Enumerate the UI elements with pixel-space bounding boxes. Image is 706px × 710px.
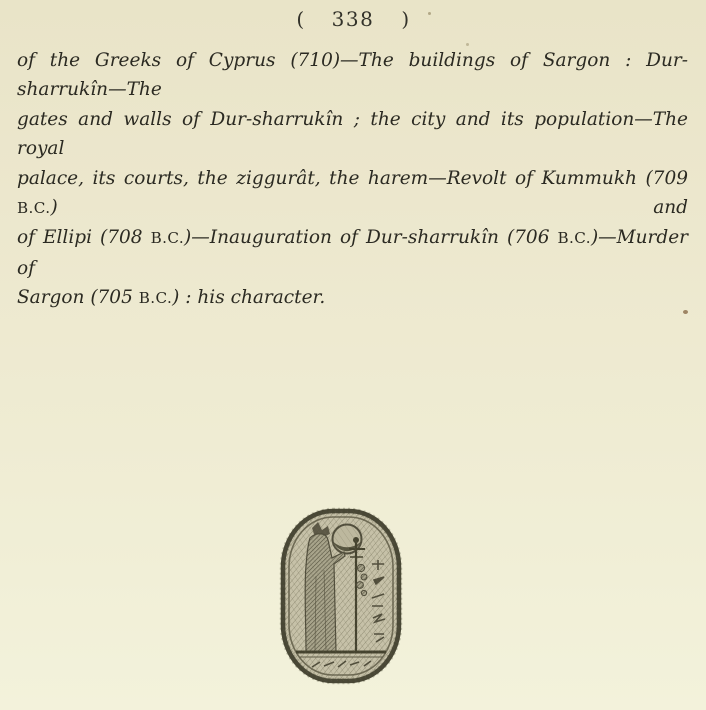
summary-text: gates and walls of Dur-sharrukîn ; the c…: [17, 109, 688, 159]
smallcaps-text: B.C.: [17, 199, 50, 217]
summary-line: Sargon (705 B.C.) : his character.: [17, 283, 688, 313]
smallcaps-text: B.C.: [558, 229, 591, 247]
engraved-stamp-seal-icon: [276, 506, 406, 686]
summary-line: of Ellipi (708 B.C.)—Inauguration of Dur…: [17, 223, 688, 283]
page-number-value: 338: [332, 7, 375, 31]
paper-speck: [428, 12, 431, 15]
engraving-texture: [283, 511, 399, 681]
summary-line: palace, its courts, the ziggurât, the ha…: [17, 164, 688, 224]
chapter-summary: of the Greeks of Cyprus (710)—The buildi…: [17, 46, 688, 314]
summary-text: of the Greeks of Cyprus (710)—The buildi…: [17, 50, 688, 100]
smallcaps-text: B.C.: [139, 289, 172, 307]
summary-line: of the Greeks of Cyprus (710)—The buildi…: [17, 46, 688, 105]
summary-text: palace, its courts, the ziggurât, the ha…: [17, 168, 688, 189]
page-number-open-paren: (: [296, 7, 304, 31]
page-number: ( 338 ): [0, 7, 706, 31]
summary-line: gates and walls of Dur-sharrukîn ; the c…: [17, 105, 688, 164]
smallcaps-text: B.C.: [151, 229, 184, 247]
seal-illustration: [276, 506, 406, 686]
summary-text: of Ellipi (708: [17, 227, 151, 248]
paper-speck: [466, 43, 469, 46]
page-number-close-paren: ): [401, 7, 409, 31]
summary-text: ) and: [50, 197, 688, 218]
summary-text: )—Inauguration of Dur-sharrukîn (706: [184, 227, 557, 248]
summary-text: ) : his character.: [172, 287, 325, 308]
paper-speck: [683, 310, 688, 314]
summary-text: Sargon (705: [17, 287, 139, 308]
